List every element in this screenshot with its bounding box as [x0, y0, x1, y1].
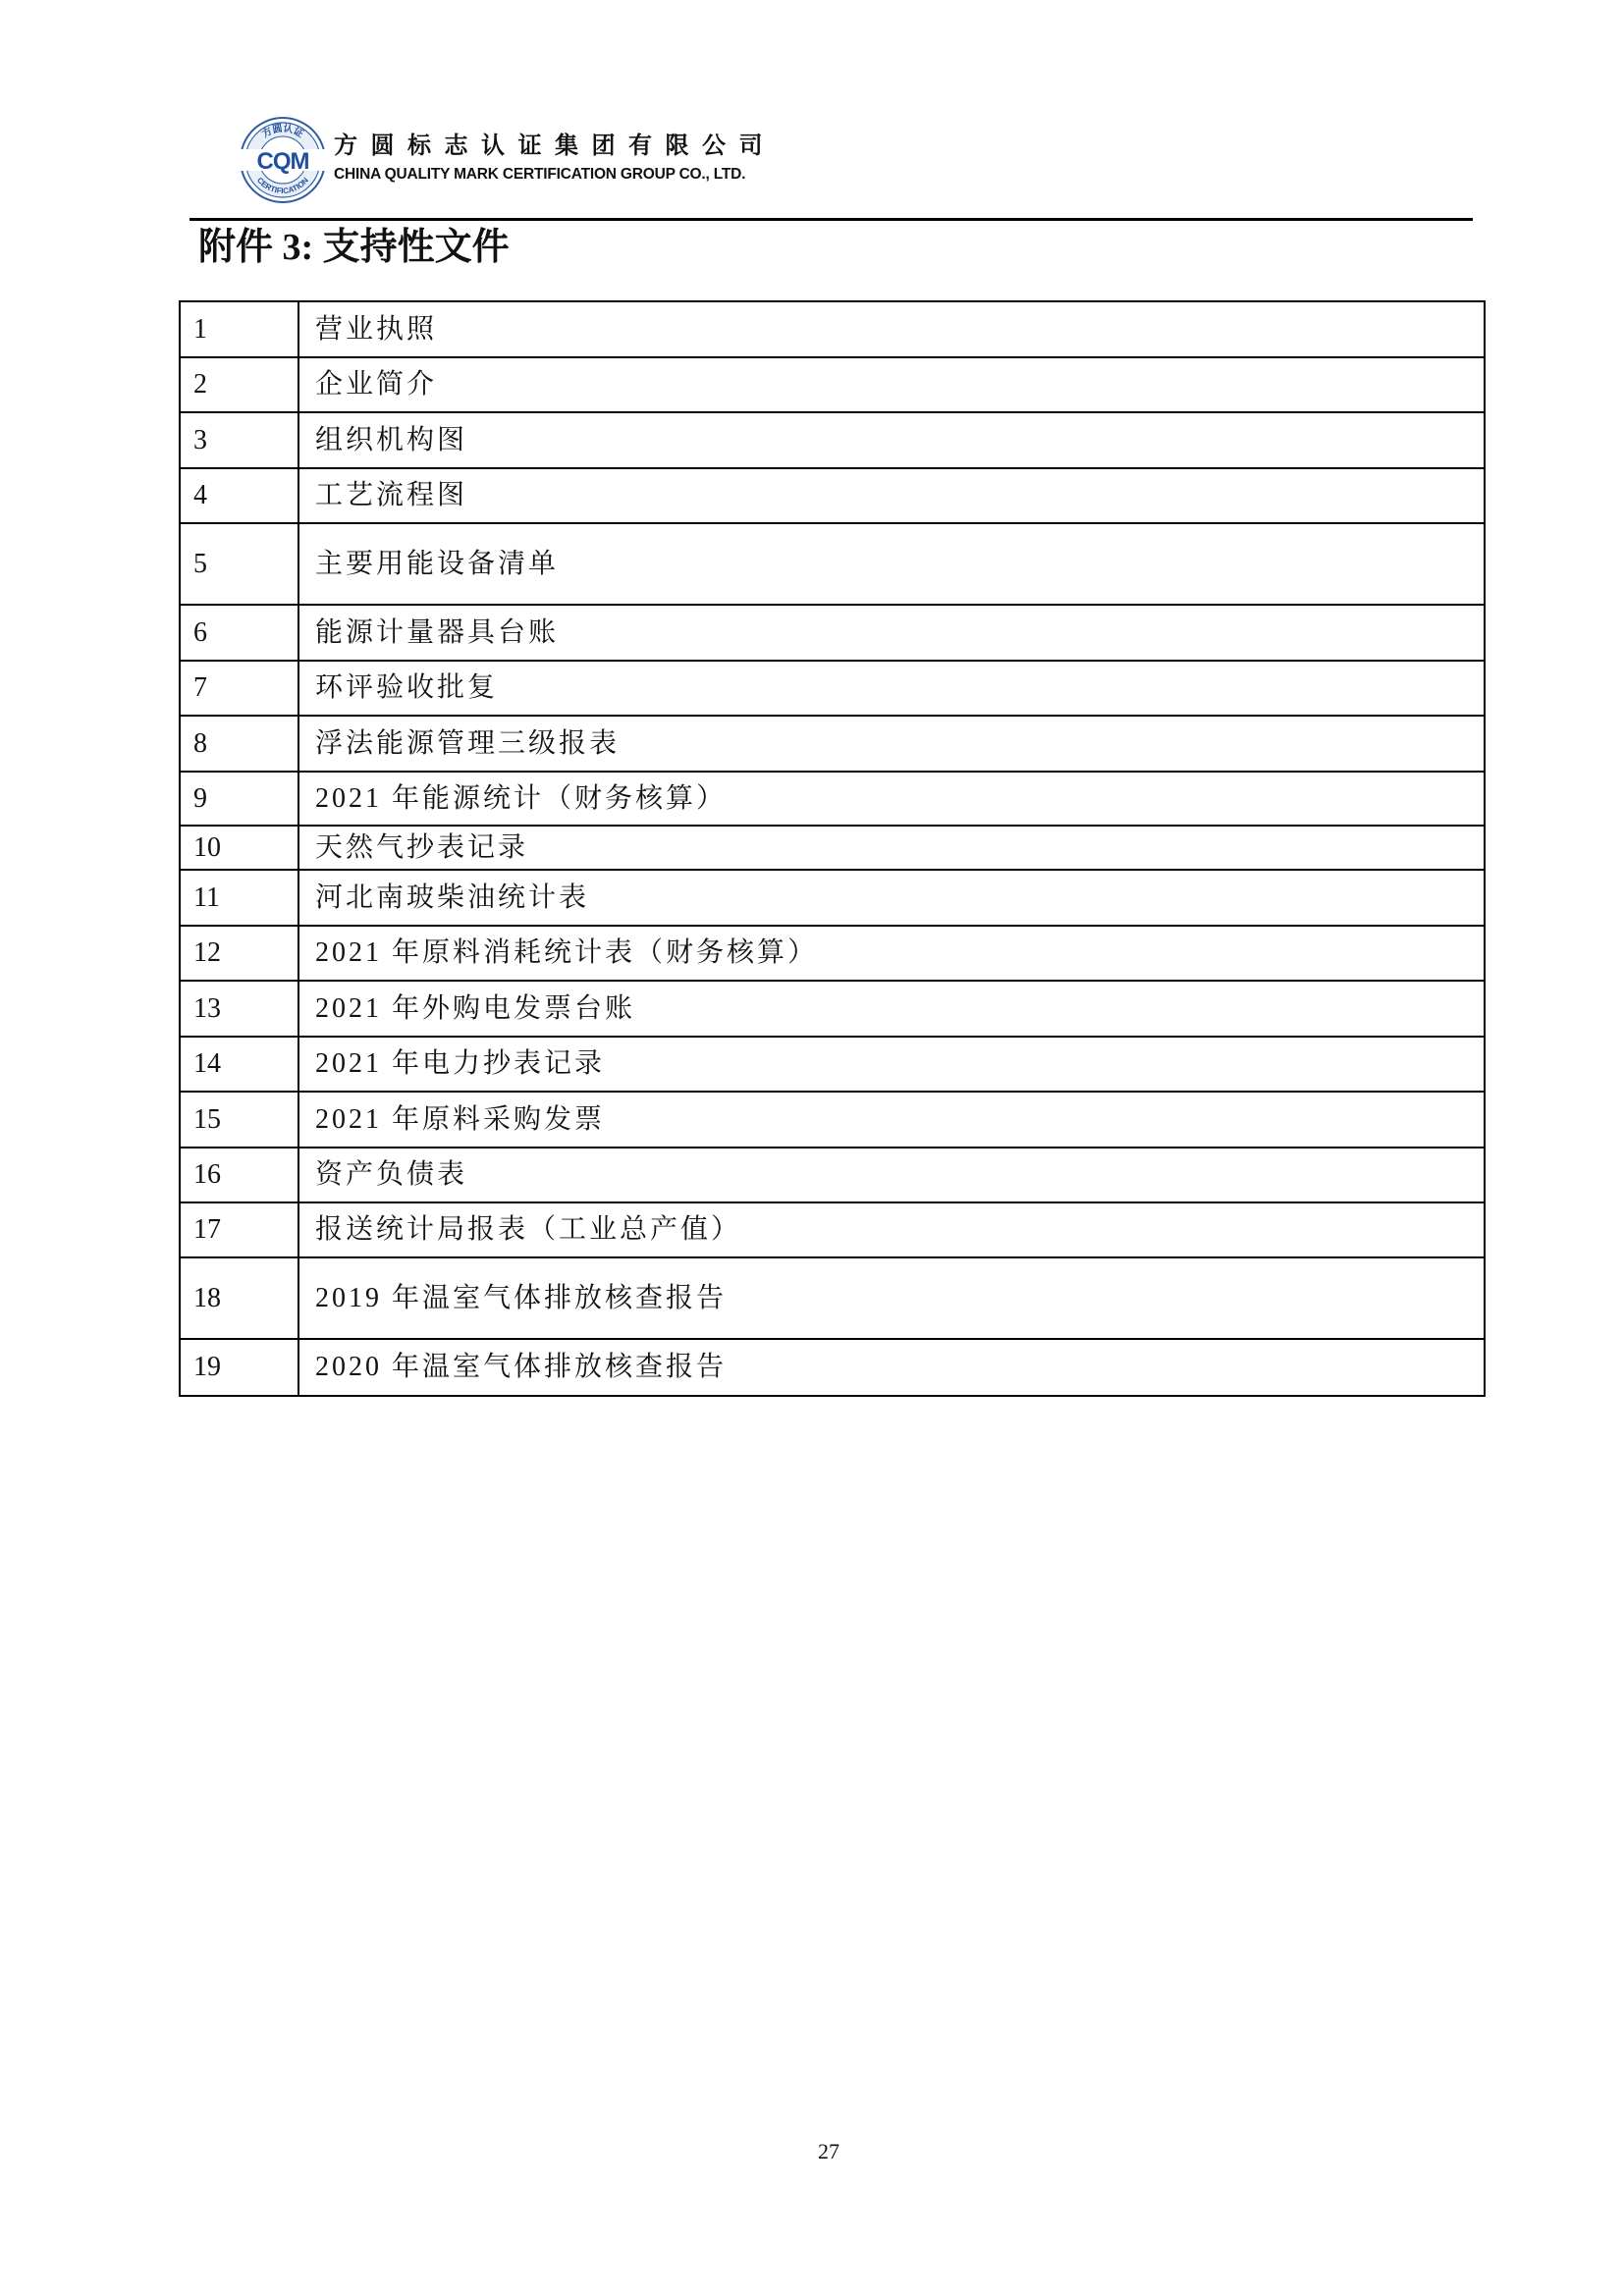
document-name: 资产负债表: [298, 1148, 1485, 1202]
row-number: 14: [180, 1037, 298, 1092]
row-number: 3: [180, 412, 298, 468]
document-name: 报送统计局报表（工业总产值）: [298, 1202, 1485, 1257]
document-name: 2021 年原料消耗统计表（财务核算）: [298, 926, 1485, 981]
row-number: 9: [180, 772, 298, 826]
row-number: 19: [180, 1339, 298, 1396]
page-title: 附件 3: 支持性文件: [198, 224, 510, 271]
document-name: 2021 年原料采购发票: [298, 1092, 1485, 1148]
table-row: 16资产负债表: [180, 1148, 1485, 1202]
table-row: 1营业执照: [180, 301, 1485, 357]
document-name: 能源计量器具台账: [298, 605, 1485, 661]
document-name: 工艺流程图: [298, 468, 1485, 523]
document-name: 2021 年电力抄表记录: [298, 1037, 1485, 1092]
document-name: 2019 年温室气体排放核查报告: [298, 1257, 1485, 1339]
document-name: 2021 年外购电发票台账: [298, 981, 1485, 1037]
row-number: 1: [180, 301, 298, 357]
table-row: 7环评验收批复: [180, 661, 1485, 716]
document-name: 河北南玻柴油统计表: [298, 870, 1485, 926]
document-name: 天然气抄表记录: [298, 826, 1485, 870]
table-row: 3组织机构图: [180, 412, 1485, 468]
company-name-cn: 方圆标志认证集团有限公司: [334, 132, 776, 159]
row-number: 6: [180, 605, 298, 661]
supporting-documents-table: 1营业执照2企业简介3组织机构图4工艺流程图5主要用能设备清单6能源计量器具台账…: [179, 300, 1486, 1397]
document-name: 浮法能源管理三级报表: [298, 716, 1485, 772]
table-row: 4工艺流程图: [180, 468, 1485, 523]
table-row: 152021 年原料采购发票: [180, 1092, 1485, 1148]
row-number: 12: [180, 926, 298, 981]
table-row: 5主要用能设备清单: [180, 523, 1485, 605]
table-body: 1营业执照2企业简介3组织机构图4工艺流程图5主要用能设备清单6能源计量器具台账…: [180, 301, 1485, 1396]
row-number: 17: [180, 1202, 298, 1257]
logo-cqm-text: CQM: [257, 148, 309, 175]
row-number: 18: [180, 1257, 298, 1339]
row-number: 13: [180, 981, 298, 1037]
row-number: 7: [180, 661, 298, 716]
table-row: 122021 年原料消耗统计表（财务核算）: [180, 926, 1485, 981]
row-number: 15: [180, 1092, 298, 1148]
table-row: 6能源计量器具台账: [180, 605, 1485, 661]
table-row: 2企业简介: [180, 357, 1485, 412]
row-number: 4: [180, 468, 298, 523]
document-name: 环评验收批复: [298, 661, 1485, 716]
table-row: 192020 年温室气体排放核查报告: [180, 1339, 1485, 1396]
table-row: 92021 年能源统计（财务核算）: [180, 772, 1485, 826]
row-number: 5: [180, 523, 298, 605]
cqm-certification-seal-icon: 方圆认证 CQM CERTIFICATION: [239, 116, 327, 204]
row-number: 11: [180, 870, 298, 926]
row-number: 16: [180, 1148, 298, 1202]
table-row: 10天然气抄表记录: [180, 826, 1485, 870]
document-name: 主要用能设备清单: [298, 523, 1485, 605]
company-name-en: CHINA QUALITY MARK CERTIFICATION GROUP C…: [334, 166, 745, 184]
document-name: 2021 年能源统计（财务核算）: [298, 772, 1485, 826]
document-name: 2020 年温室气体排放核查报告: [298, 1339, 1485, 1396]
table-row: 142021 年电力抄表记录: [180, 1037, 1485, 1092]
row-number: 2: [180, 357, 298, 412]
document-name: 企业简介: [298, 357, 1485, 412]
table-row: 11河北南玻柴油统计表: [180, 870, 1485, 926]
table-row: 17报送统计局报表（工业总产值）: [180, 1202, 1485, 1257]
table-row: 8浮法能源管理三级报表: [180, 716, 1485, 772]
table-row: 182019 年温室气体排放核查报告: [180, 1257, 1485, 1339]
row-number: 8: [180, 716, 298, 772]
document-name: 营业执照: [298, 301, 1485, 357]
row-number: 10: [180, 826, 298, 870]
letterhead: 方圆认证 CQM CERTIFICATION 方圆标志认证集团有限公司 CHIN…: [239, 116, 828, 206]
page-number: 27: [818, 2140, 839, 2163]
table-row: 132021 年外购电发票台账: [180, 981, 1485, 1037]
header-divider: [189, 218, 1473, 221]
document-name: 组织机构图: [298, 412, 1485, 468]
